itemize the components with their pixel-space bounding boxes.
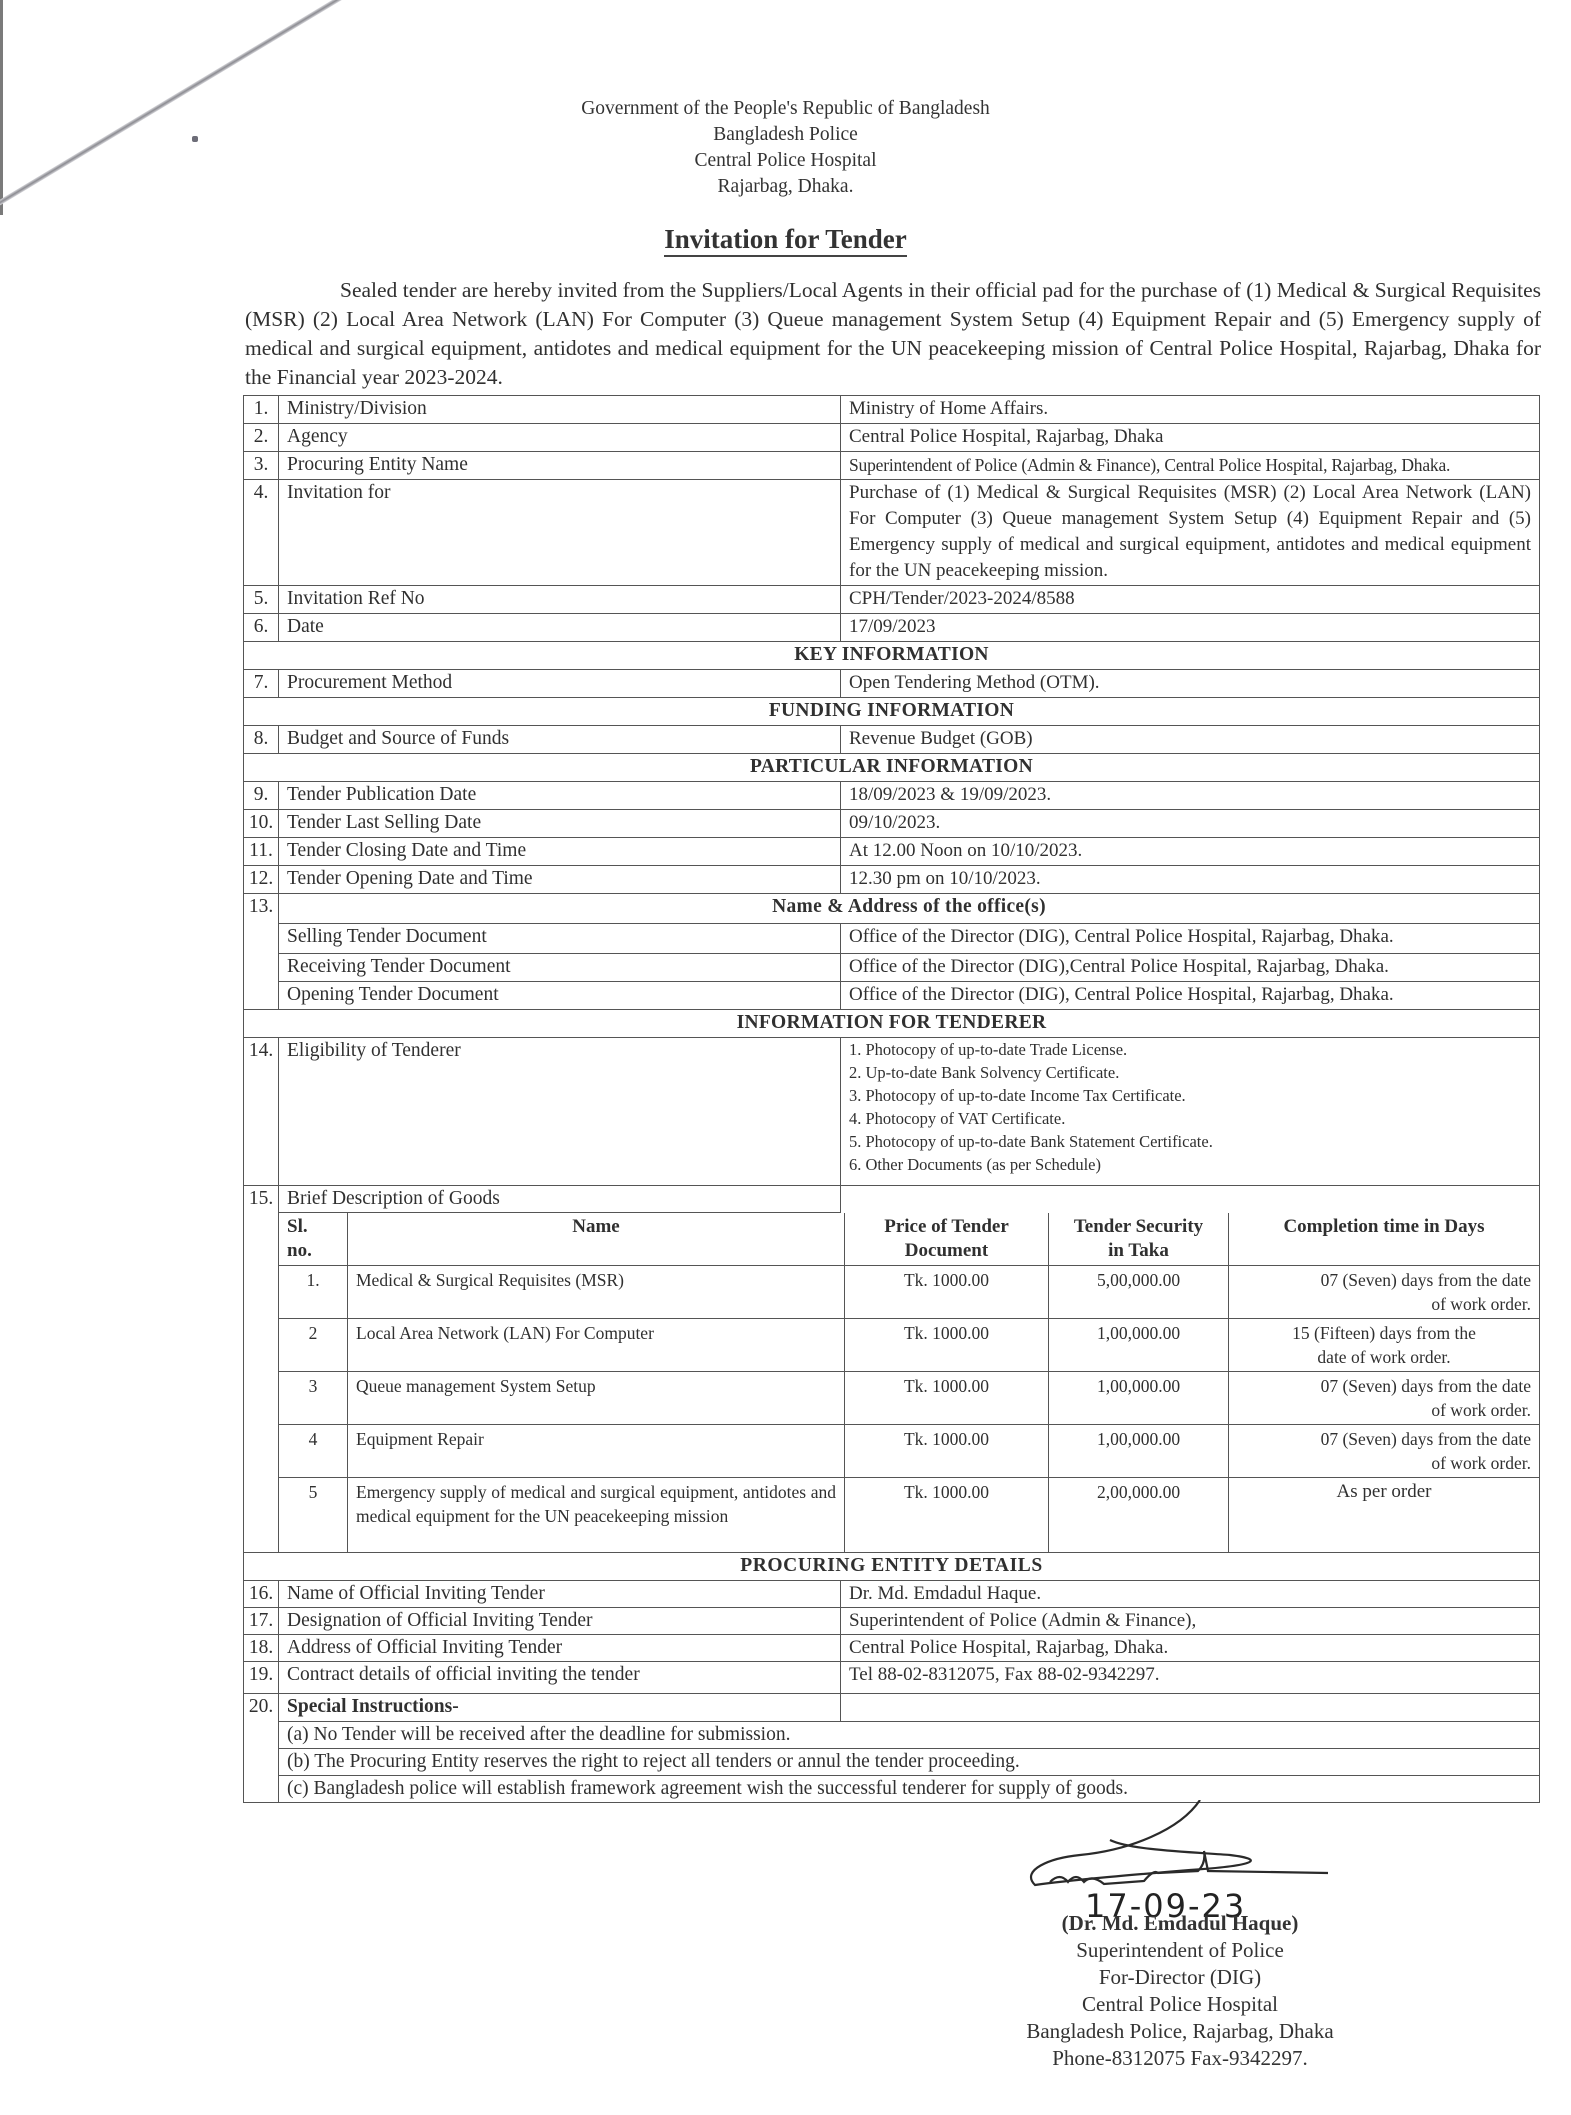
row-label: Opening Tender Document [279,982,841,1010]
letterhead-government: Government of the People's Republic of B… [0,96,1571,122]
row-label: Eligibility of Tenderer [279,1038,841,1186]
letterhead-hospital: Central Police Hospital [0,148,1571,174]
goods-price: Tk. 1000.00 [845,1425,1049,1478]
row-label: Address of Official Inviting Tender [279,1634,841,1661]
row-number: 9. [244,782,279,810]
goods-table-cell: Sl. no. Name Price of Tender Document Te… [279,1213,1540,1553]
invitation-ref-no: CPH/Tender/2023-2024/8588 [841,586,1540,614]
completion-line: of work order. [1237,1292,1531,1316]
official-designation: Superintendent of Police (Admin & Financ… [841,1607,1540,1634]
goods-security: 1,00,000.00 [1049,1319,1229,1372]
goods-sl: 5 [279,1478,348,1552]
table-row: 20. Special Instructions- [244,1693,1540,1721]
goods-header-row: Sl. no. Name Price of Tender Document Te… [279,1213,1539,1266]
row-number: 16. [244,1580,279,1607]
row-label: Invitation Ref No [279,586,841,614]
section-particular-information: PARTICULAR INFORMATION [244,754,1540,782]
table-row: 18. Address of Official Inviting Tender … [244,1634,1540,1661]
office-address-heading: Name & Address of the office(s) [279,894,1540,924]
goods-completion: 15 (Fifteen) days from thedate of work o… [1229,1319,1540,1372]
header-text: Name [356,1215,836,1239]
goods-name: Medical & Surgical Requisites (MSR) [348,1266,845,1319]
goods-item-row: 3 Queue management System Setup Tk. 1000… [279,1372,1539,1425]
row-label: Name of Official Inviting Tender [279,1580,841,1607]
row-number-spacer [244,1775,279,1802]
table-row: 19. Contract details of official invitin… [244,1661,1540,1693]
row-number: 18. [244,1634,279,1661]
section-header-row: KEY INFORMATION [244,642,1540,670]
section-information-for-tenderer: INFORMATION FOR TENDERER [244,1010,1540,1038]
row-number: 2. [244,424,279,452]
table-row: Receiving Tender Document Office of the … [244,954,1540,982]
goods-header-completion: Completion time in Days [1229,1213,1540,1266]
goods-completion: 07 (Seven) days from the dateof work ord… [1229,1266,1540,1319]
row-number-spacer [244,1721,279,1748]
row-label: Ministry/Division [279,396,841,424]
row-label: Tender Opening Date and Time [279,866,841,894]
row-label: Tender Publication Date [279,782,841,810]
completion-line: 15 (Fifteen) days from the [1237,1321,1531,1345]
goods-name: Equipment Repair [348,1425,845,1478]
goods-header-name: Name [348,1213,845,1266]
eligibility-item: 6. Other Documents (as per Schedule) [849,1153,1531,1176]
special-instruction: (c) Bangladesh police will establish fra… [279,1775,1540,1802]
signatory-address: Bangladesh Police, Rajarbag, Dhaka [960,2018,1400,2045]
table-row: 3. Procuring Entity Name Superintendent … [244,452,1540,480]
table-row: (c) Bangladesh police will establish fra… [244,1775,1540,1802]
header-text: Completion time in Days [1237,1215,1531,1239]
signatory-title: Superintendent of Police [960,1937,1400,1964]
goods-price: Tk. 1000.00 [845,1478,1049,1552]
completion-line: 07 (Seven) days from the date [1237,1268,1531,1292]
goods-table: Sl. no. Name Price of Tender Document Te… [279,1213,1539,1552]
row-value: Open Tendering Method (OTM). [841,670,1540,698]
row-number: 6. [244,614,279,642]
table-row: 7. Procurement Method Open Tendering Met… [244,670,1540,698]
letterhead: Government of the People's Republic of B… [0,96,1571,200]
header-text: Sl. [287,1215,339,1239]
empty-cell [841,1186,1540,1213]
table-row: 2. Agency Central Police Hospital, Rajar… [244,424,1540,452]
table-row: Selling Tender Document Office of the Di… [244,924,1540,954]
row-label: Selling Tender Document [279,924,841,954]
row-value: Office of the Director (DIG), Central Po… [841,982,1540,1010]
letterhead-police: Bangladesh Police [0,122,1571,148]
table-row: (a) No Tender will be received after the… [244,1721,1540,1748]
row-number: 8. [244,726,279,754]
goods-security: 5,00,000.00 [1049,1266,1229,1319]
row-value: At 12.00 Noon on 10/10/2023. [841,838,1540,866]
document-title-text: Invitation for Tender [664,224,907,257]
header-text: no. [287,1239,339,1263]
eligibility-item: 5. Photocopy of up-to-date Bank Statemen… [849,1130,1531,1153]
row-label: Tender Closing Date and Time [279,838,841,866]
row-label: Agency [279,424,841,452]
section-header-row: PARTICULAR INFORMATION [244,754,1540,782]
row-value: 09/10/2023. [841,810,1540,838]
row-number: 14. [244,1038,279,1186]
eligibility-item: 1. Photocopy of up-to-date Trade License… [849,1038,1531,1061]
row-value: Office of the Director (DIG),Central Pol… [841,954,1540,982]
goods-price: Tk. 1000.00 [845,1319,1049,1372]
row-number-spacer [244,1213,279,1553]
table-row: 6. Date 17/09/2023 [244,614,1540,642]
document-title: Invitation for Tender [0,224,1571,255]
row-value: Purchase of (1) Medical & Surgical Requi… [841,480,1540,586]
section-header-row: FUNDING INFORMATION [244,698,1540,726]
row-number: 5. [244,586,279,614]
section-key-information: KEY INFORMATION [244,642,1540,670]
eligibility-list: 1. Photocopy of up-to-date Trade License… [841,1038,1540,1186]
goods-sl: 4 [279,1425,348,1478]
row-number: 10. [244,810,279,838]
signature-block: (Dr. Md. Emdadul Haque) Superintendent o… [960,1910,1400,2072]
row-label: Receiving Tender Document [279,954,841,982]
row-value: Superintendent of Police (Admin & Financ… [841,452,1540,480]
goods-completion: 07 (Seven) days from the dateof work ord… [1229,1425,1540,1478]
header-text: in Taka [1057,1239,1220,1263]
goods-item-row: 5 Emergency supply of medical and surgic… [279,1478,1539,1552]
signatory-contact: Phone-8312075 Fax-9342297. [960,2045,1400,2072]
row-number: 19. [244,1661,279,1693]
row-number-spacer [244,982,279,1010]
header-text: Price of Tender [853,1215,1040,1239]
completion-line: of work order. [1237,1451,1531,1475]
eligibility-item: 3. Photocopy of up-to-date Income Tax Ce… [849,1084,1531,1107]
table-row: (b) The Procuring Entity reserves the ri… [244,1748,1540,1775]
goods-header-security: Tender Security in Taka [1049,1213,1229,1266]
row-value: 18/09/2023 & 19/09/2023. [841,782,1540,810]
table-row: 1. Ministry/Division Ministry of Home Af… [244,396,1540,424]
goods-security: 1,00,000.00 [1049,1425,1229,1478]
goods-item-row: 1. Medical & Surgical Requisites (MSR) T… [279,1266,1539,1319]
goods-row: Sl. no. Name Price of Tender Document Te… [244,1213,1540,1553]
empty-cell [841,1693,1540,1721]
row-number: 13. [244,894,279,924]
goods-price: Tk. 1000.00 [845,1266,1049,1319]
row-number: 17. [244,1607,279,1634]
row-number: 15. [244,1186,279,1213]
row-value: Central Police Hospital, Rajarbag, Dhaka [841,424,1540,452]
row-number: 11. [244,838,279,866]
signatory-office: Central Police Hospital [960,1991,1400,2018]
intro-text: Sealed tender are hereby invited from th… [245,278,1541,389]
table-row: 15. Brief Description of Goods [244,1186,1540,1213]
eligibility-item: 4. Photocopy of VAT Certificate. [849,1107,1531,1130]
section-procuring-entity-details: PROCURING ENTITY DETAILS [244,1552,1540,1580]
table-row: 17. Designation of Official Inviting Ten… [244,1607,1540,1634]
goods-name: Local Area Network (LAN) For Computer [348,1319,845,1372]
goods-security: 1,00,000.00 [1049,1372,1229,1425]
row-number: 20. [244,1693,279,1721]
row-label: Procurement Method [279,670,841,698]
special-instruction: (a) No Tender will be received after the… [279,1721,1540,1748]
completion-line: of work order. [1237,1398,1531,1422]
section-funding-information: FUNDING INFORMATION [244,698,1540,726]
official-address: Central Police Hospital, Rajarbag, Dhaka… [841,1634,1540,1661]
signatory-for: For-Director (DIG) [960,1964,1400,1991]
completion-line: 07 (Seven) days from the date [1237,1427,1531,1451]
completion-line: 07 (Seven) days from the date [1237,1374,1531,1398]
special-instructions-label: Special Instructions- [279,1693,841,1721]
row-number: 7. [244,670,279,698]
row-value: Ministry of Home Affairs. [841,396,1540,424]
table-row: Opening Tender Document Office of the Di… [244,982,1540,1010]
goods-sl: 3 [279,1372,348,1425]
header-text: Tender Security [1057,1215,1220,1239]
invitation-date: 17/09/2023 [841,614,1540,642]
header-text: Document [853,1239,1040,1263]
row-label: Contract details of official inviting th… [279,1661,841,1693]
row-number: 4. [244,480,279,586]
table-row: 10. Tender Last Selling Date 09/10/2023. [244,810,1540,838]
row-label: Budget and Source of Funds [279,726,841,754]
special-instruction: (b) The Procuring Entity reserves the ri… [279,1748,1540,1775]
goods-sl: 1. [279,1266,348,1319]
goods-sl: 2 [279,1319,348,1372]
goods-name: Emergency supply of medical and surgical… [348,1478,845,1552]
table-row: 4. Invitation for Purchase of (1) Medica… [244,480,1540,586]
row-label: Invitation for [279,480,841,586]
goods-price: Tk. 1000.00 [845,1372,1049,1425]
table-row: 5. Invitation Ref No CPH/Tender/2023-202… [244,586,1540,614]
row-value: 12.30 pm on 10/10/2023. [841,866,1540,894]
table-row: 13. Name & Address of the office(s) [244,894,1540,924]
row-number-spacer [244,1748,279,1775]
goods-header-sl: Sl. no. [279,1213,348,1266]
row-label: Date [279,614,841,642]
table-row: 12. Tender Opening Date and Time 12.30 p… [244,866,1540,894]
section-header-row: INFORMATION FOR TENDERER [244,1010,1540,1038]
goods-name: Queue management System Setup [348,1372,845,1425]
completion-line: date of work order. [1237,1345,1531,1369]
table-row: 11. Tender Closing Date and Time At 12.0… [244,838,1540,866]
section-header-row: PROCURING ENTITY DETAILS [244,1552,1540,1580]
goods-header-price: Price of Tender Document [845,1213,1049,1266]
row-label: Procuring Entity Name [279,452,841,480]
row-label: Designation of Official Inviting Tender [279,1607,841,1634]
tender-table: 1. Ministry/Division Ministry of Home Af… [243,395,1540,1803]
row-label: Brief Description of Goods [279,1186,841,1213]
signatory-name: (Dr. Md. Emdadul Haque) [960,1910,1400,1937]
row-value: Office of the Director (DIG), Central Po… [841,924,1540,954]
table-row: 14. Eligibility of Tenderer 1. Photocopy… [244,1038,1540,1186]
goods-item-row: 4 Equipment Repair Tk. 1000.00 1,00,000.… [279,1425,1539,1478]
goods-item-row: 2 Local Area Network (LAN) For Computer … [279,1319,1539,1372]
row-number: 12. [244,866,279,894]
row-number-spacer [244,954,279,982]
goods-completion: As per order [1229,1478,1540,1552]
row-label: Tender Last Selling Date [279,810,841,838]
official-contact: Tel 88-02-8312075, Fax 88-02-9342297. [841,1661,1540,1693]
row-value: Revenue Budget (GOB) [841,726,1540,754]
goods-completion: 07 (Seven) days from the dateof work ord… [1229,1372,1540,1425]
goods-security: 2,00,000.00 [1049,1478,1229,1552]
row-number-spacer [244,924,279,954]
intro-paragraph: Sealed tender are hereby invited from th… [245,276,1541,392]
letterhead-location: Rajarbag, Dhaka. [0,174,1571,200]
table-row: 8. Budget and Source of Funds Revenue Bu… [244,726,1540,754]
completion-line: As per order [1237,1480,1531,1504]
row-number: 3. [244,452,279,480]
table-row: 9. Tender Publication Date 18/09/2023 & … [244,782,1540,810]
eligibility-item: 2. Up-to-date Bank Solvency Certificate. [849,1061,1531,1084]
official-name: Dr. Md. Emdadul Haque. [841,1580,1540,1607]
table-row: 16. Name of Official Inviting Tender Dr.… [244,1580,1540,1607]
row-number: 1. [244,396,279,424]
